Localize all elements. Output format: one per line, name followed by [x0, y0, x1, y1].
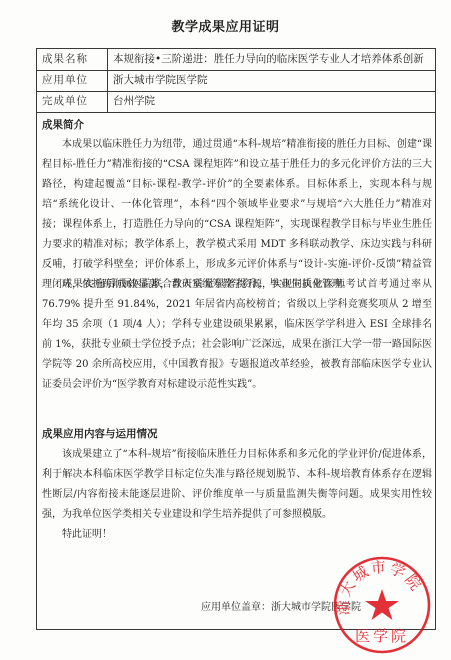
column-divider: [107, 49, 108, 70]
info-value: 台州学院: [113, 91, 155, 112]
column-divider: [107, 91, 108, 112]
info-row-achievement-name: 成果名称 本规衔接•三阶递进：胜任力导向的临床医学专业人才培养体系创新: [37, 49, 435, 71]
column-divider: [107, 70, 108, 91]
info-label: 成果名称: [42, 49, 102, 70]
info-row-applying-unit: 应用单位 浙大城市学院医学院: [37, 70, 435, 92]
info-label: 应用单位: [42, 70, 102, 91]
closing-statement: 特此证明！: [42, 525, 432, 545]
certificate-frame: 成果名称 本规衔接•三阶递进：胜任力导向的临床医学专业人才培养体系创新 应用单位…: [36, 48, 436, 630]
summary-paragraph: 本成果以临床胜任力为纽带，通过贯通“本科-规培”精准衔接的胜任力目标、创建“课程…: [42, 135, 432, 295]
info-value: 本规衔接•三阶递进：胜任力导向的临床医学专业人才培养体系创新: [113, 49, 424, 70]
summary-heading: 成果简介: [42, 117, 84, 132]
official-seal-icon: 浙大城市学院 医学院: [330, 555, 434, 659]
signature-label: 应用单位盖章：: [201, 602, 271, 613]
info-row-completing-unit: 完成单位 台州学院: [37, 91, 435, 113]
summary-paragraph: 成果实施后成效显著，育人质量显著提升，毕业生执业医师考试首考通过率从 76.79…: [42, 275, 432, 395]
application-paragraph: 该成果建立了“本科-规培”衔接临床胜任力目标体系和多元化的学业评价/促进体系，利…: [42, 445, 432, 525]
info-value: 浙大城市学院医学院: [113, 70, 208, 91]
document-title: 教学成果应用证明: [0, 16, 451, 35]
application-heading: 成果应用内容与运用情况: [42, 426, 158, 441]
svg-text:医学院: 医学院: [355, 627, 409, 645]
info-label: 完成单位: [42, 91, 102, 112]
